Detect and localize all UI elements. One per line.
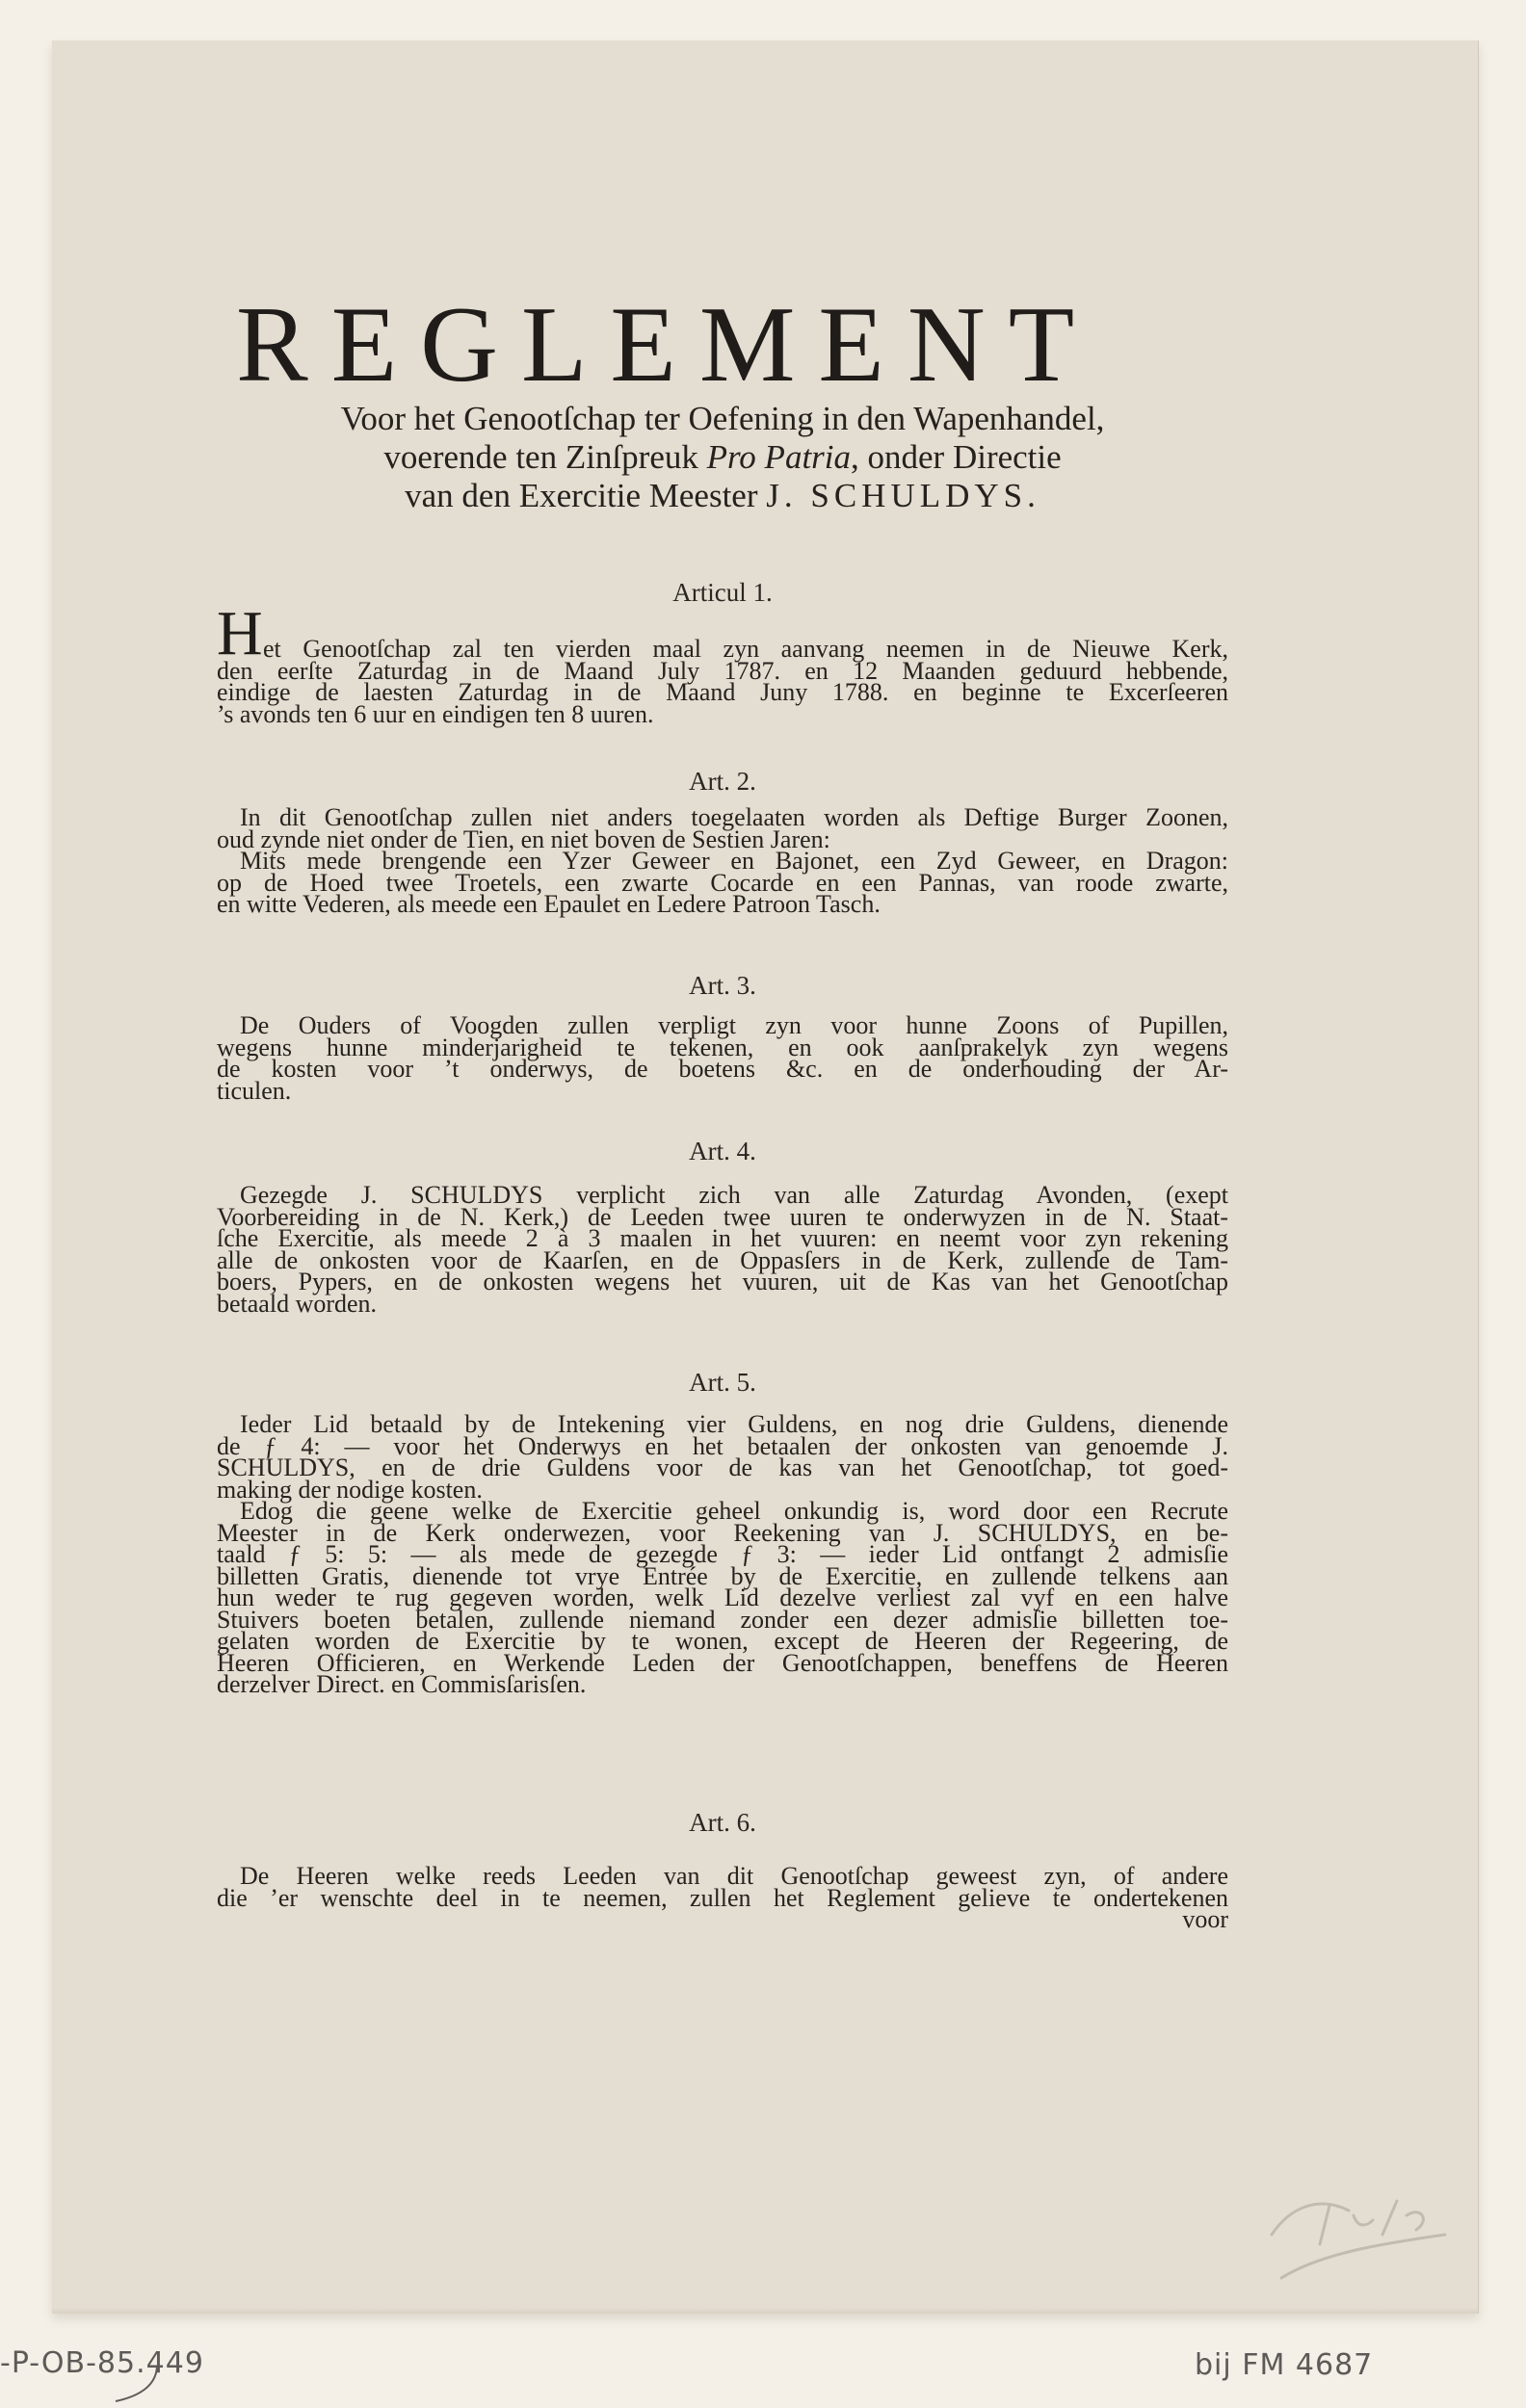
subtitle-text: voerende ten Zinſpreuk bbox=[383, 438, 698, 476]
director-name: J. SCHULDYS. bbox=[766, 477, 1040, 514]
article-6-line: die ’er wenschte deel in te neemen, zull… bbox=[217, 1888, 1228, 1910]
pencil-signature-mark bbox=[1262, 2177, 1455, 2283]
article-1-heading: Articul 1. bbox=[217, 578, 1228, 607]
article-3-body: De Ouders of Voogden zullen verpligt zyn… bbox=[217, 1015, 1228, 1102]
article-5-heading: Art. 5. bbox=[217, 1368, 1228, 1397]
article-3-heading: Art. 3. bbox=[217, 971, 1228, 1000]
article-1-body: et Genootſchap zal ten vierden maal zyn … bbox=[217, 639, 1228, 725]
article-3-line: de kosten voor ’t onderwys, de boetens &… bbox=[217, 1059, 1228, 1081]
subtitle-text: van den Exercitie Meester bbox=[405, 477, 757, 514]
document-subtitle: Voor het Genootſchap ter Oefening in den… bbox=[217, 400, 1228, 515]
document-title: REGLEMENT bbox=[236, 291, 1238, 399]
article-2-body: In dit Genootſchap zullen niet anders to… bbox=[217, 807, 1228, 916]
subtitle-text: , onder Directie bbox=[851, 438, 1062, 476]
article-5-body: Ieder Lid betaald by de Intekening vier … bbox=[217, 1414, 1228, 1696]
subtitle-line-2: voerende ten Zinſpreuk Pro Patria, onder… bbox=[217, 438, 1228, 477]
inventory-number-label: -P-OB-85.449 bbox=[0, 2346, 204, 2380]
article-4-line: betaald worden. bbox=[217, 1294, 1228, 1316]
article-6-body: De Heeren welke reeds Leeden van dit Gen… bbox=[217, 1866, 1228, 1931]
article-2-heading: Art. 2. bbox=[217, 767, 1228, 796]
article-5-line: derzelver Direct. en Commisſarisſen. bbox=[217, 1674, 1228, 1696]
article-1-line: ’s avonds ten 6 uur en eindigen ten 8 uu… bbox=[217, 704, 1228, 726]
inventory-underline-flourish bbox=[114, 2365, 162, 2403]
catchword: voor bbox=[217, 1909, 1228, 1931]
article-6-heading: Art. 6. bbox=[217, 1808, 1228, 1837]
subtitle-line-3: van den Exercitie Meester J. SCHULDYS. bbox=[217, 477, 1228, 515]
article-3-line: ticulen. bbox=[217, 1081, 1228, 1103]
article-4-body: Gezegde J. SCHULDYS verplicht zich van a… bbox=[217, 1185, 1228, 1315]
article-2-line: en witte Vederen, als meede een Epaulet … bbox=[217, 894, 1228, 916]
subtitle-line-1: Voor het Genootſchap ter Oefening in den… bbox=[217, 400, 1228, 438]
motto-pro-patria: Pro Patria bbox=[707, 438, 851, 476]
article-4-heading: Art. 4. bbox=[217, 1137, 1228, 1165]
reference-number-label: bij FM 4687 bbox=[1195, 2348, 1373, 2382]
